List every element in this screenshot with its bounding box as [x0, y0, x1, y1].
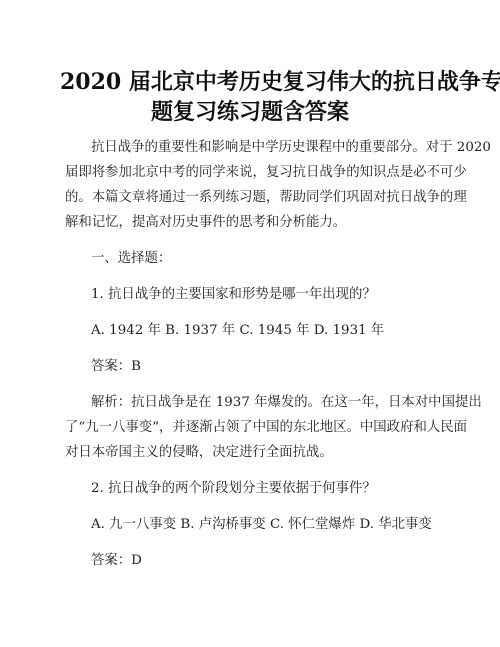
- question-1-analysis-line-3: 对日本帝国主义的侵略，决定进行全面抗战。: [65, 444, 333, 462]
- question-2: 2. 抗日战争的两个阶段划分主要依据于何事件？: [91, 480, 376, 498]
- question-2-options: A. 九一八事变 B. 卢沟桥事变 C. 怀仁堂爆炸 D. 华北事变: [91, 516, 432, 534]
- question-1: 1. 抗日战争的主要国家和形势是哪一年出现的？: [91, 286, 376, 304]
- intro-line-3: 的。本篇文章将通过一系列练习题，帮助同学们巩固对抗日战争的理: [65, 189, 467, 207]
- question-2-answer: 答案：D: [91, 552, 142, 570]
- document-page: 2020 届北京中考历史复习伟大的抗日战争专 题复习练习题含答案 抗日战争的重要…: [0, 0, 500, 647]
- question-1-answer: 答案：B: [91, 358, 141, 376]
- document-title-line-1: 2020 届北京中考历史复习伟大的抗日战争专: [60, 67, 440, 97]
- intro-line-1: 抗日战争的重要性和影响是中学历史课程中的重要部分。对于 2020: [91, 139, 491, 157]
- question-1-options: A. 1942 年 B. 1937 年 C. 1945 年 D. 1931 年: [91, 322, 384, 340]
- intro-line-4: 解和记忆，提高对历史事件的思考和分析能力。: [65, 214, 346, 232]
- intro-line-2: 届即将参加北京中考的同学来说，复习抗日战争的知识点是必不可少: [65, 164, 467, 182]
- document-title-line-2: 题复习练习题含答案: [60, 97, 440, 127]
- section-heading: 一、选择题：: [91, 250, 171, 268]
- question-1-analysis-line-2: 了“九一八事变”，并逐渐占领了中国的东北地区。中国政府和人民面: [65, 419, 467, 437]
- question-1-analysis-line-1: 解析：抗日战争是在 1937 年爆发的。在这一年，日本对中国提出: [91, 394, 482, 412]
